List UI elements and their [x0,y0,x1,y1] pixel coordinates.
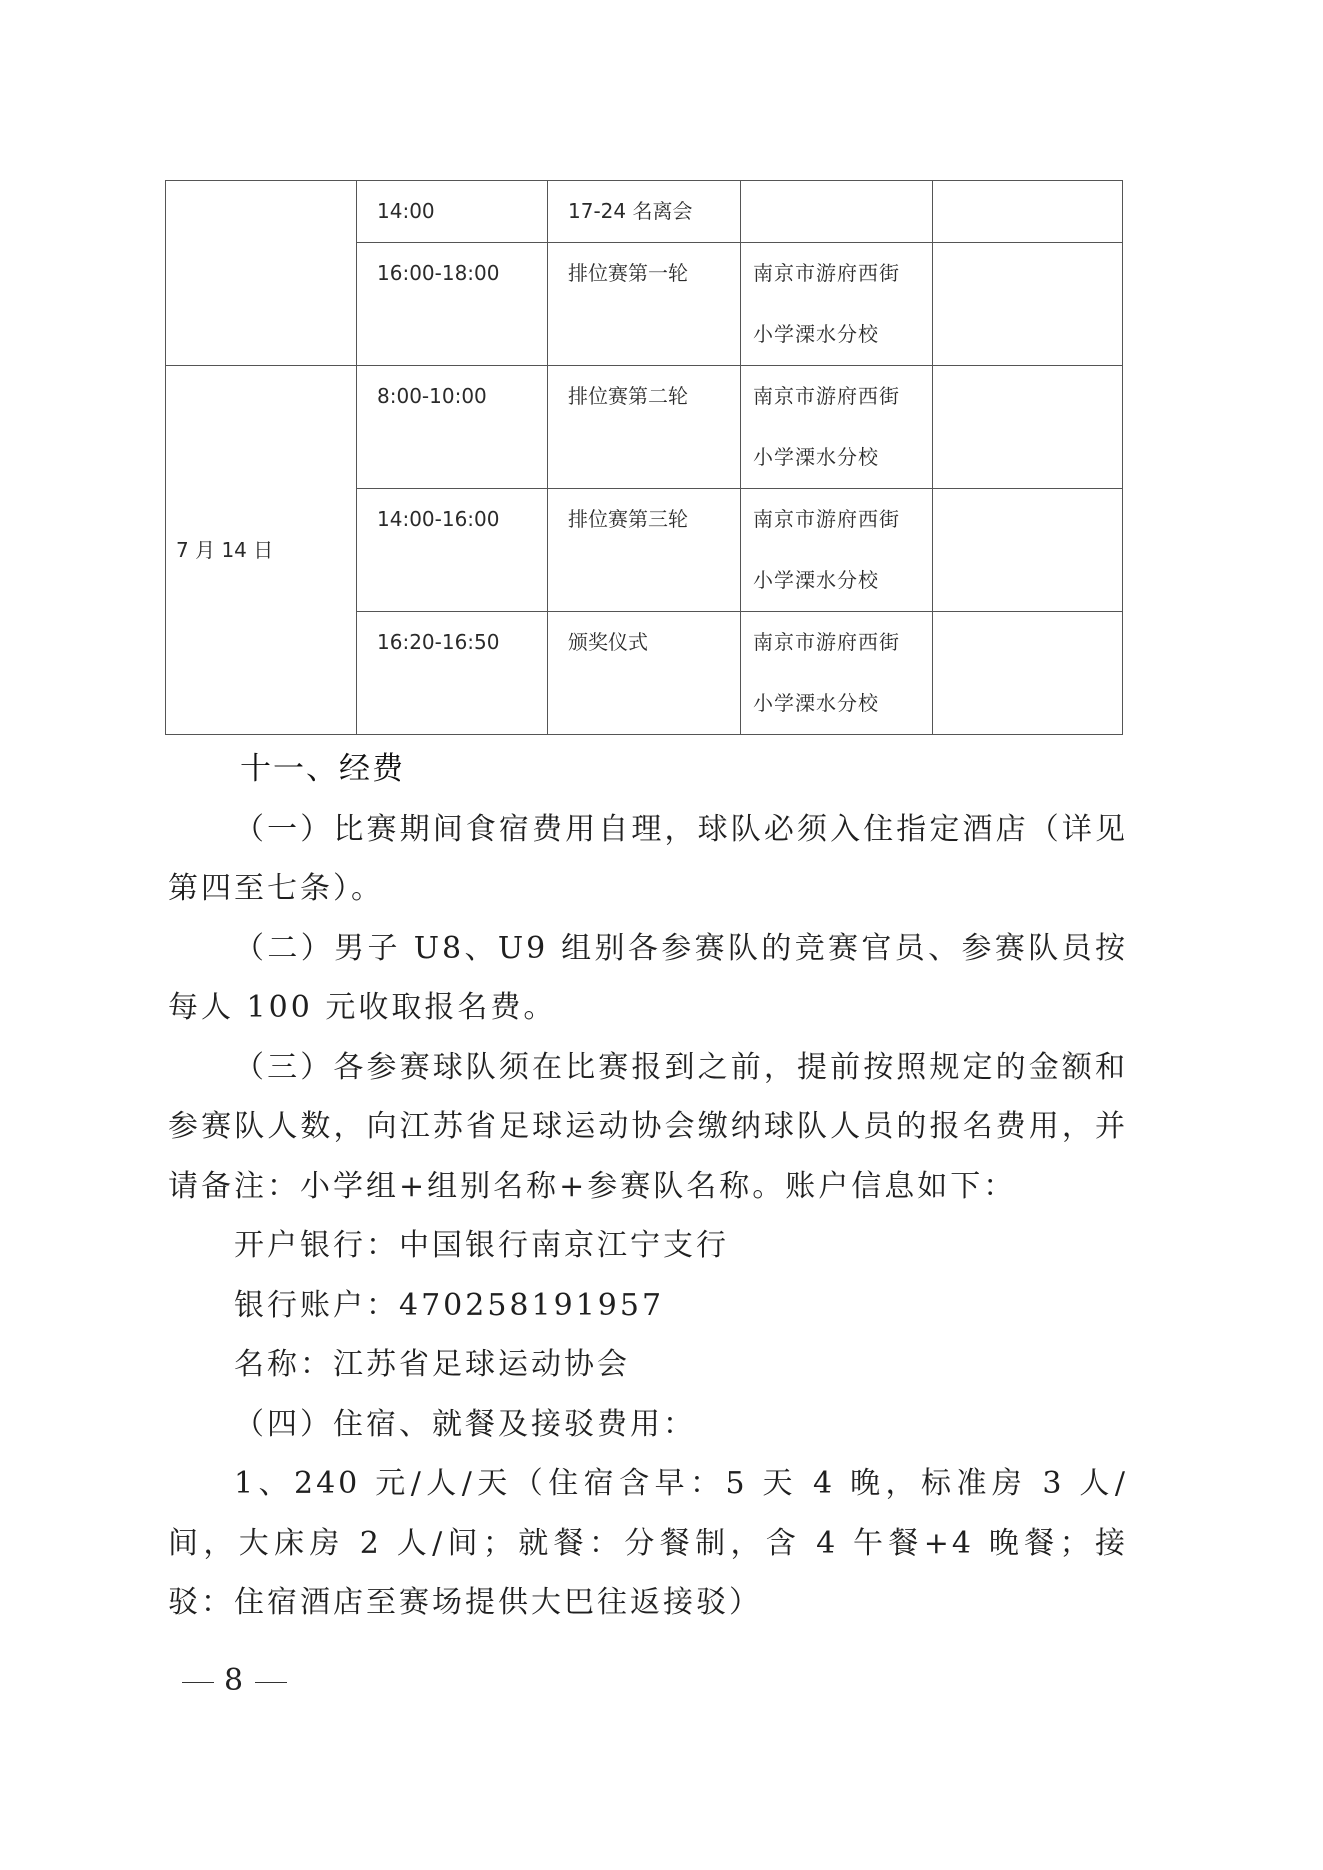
venue-cell: 南京市游府西街 小学溧水分校 [741,612,933,735]
time-cell: 16:20-16:50 [357,612,548,735]
venue-cell: 南京市游府西街 小学溧水分校 [741,489,933,612]
table-row: 14:00 17-24 名离会 [166,181,1123,243]
time-cell: 14:00-16:00 [357,489,548,612]
time-cell: 16:00-18:00 [357,243,548,366]
venue-line-2: 小学溧水分校 [753,673,932,734]
bank-account: 银行账户：470258191957 [168,1276,1128,1336]
event-cell: 17-24 名离会 [548,181,741,243]
note-cell [933,366,1123,489]
event-cell: 排位赛第一轮 [548,243,741,366]
section-body: 十一、经费 （一）比赛期间食宿费用自理，球队必须入住指定酒店（详见第四至七条）。… [168,740,1128,1633]
venue-line-1: 南京市游府西街 [753,612,932,673]
venue-line-2: 小学溧水分校 [753,550,932,611]
venue-cell [741,181,933,243]
paragraph-5: 1、240 元/人/天（住宿含早：5 天 4 晚，标准房 3 人/间，大床房 2… [168,1454,1128,1633]
venue-cell: 南京市游府西街 小学溧水分校 [741,243,933,366]
note-cell [933,612,1123,735]
venue-line-2: 小学溧水分校 [753,304,932,365]
schedule-table: 14:00 17-24 名离会 16:00-18:00 排位赛第一轮 南京市游府… [165,180,1123,735]
note-cell [933,243,1123,366]
dash-right [255,1682,287,1683]
venue-line-1: 南京市游府西街 [753,243,932,304]
document-page: 14:00 17-24 名离会 16:00-18:00 排位赛第一轮 南京市游府… [0,0,1323,1870]
venue-line-2: 小学溧水分校 [753,427,932,488]
dash-left [182,1682,214,1683]
note-cell [933,489,1123,612]
paragraph-1: （一）比赛期间食宿费用自理，球队必须入住指定酒店（详见第四至七条）。 [168,800,1128,919]
event-cell: 颁奖仪式 [548,612,741,735]
page-number-value: 8 [224,1663,245,1698]
paragraph-3: （三）各参赛球队须在比赛报到之前，提前按照规定的金额和参赛队人数，向江苏省足球运… [168,1038,1128,1217]
venue-line-1: 南京市游府西街 [753,366,932,427]
paragraph-2: （二）男子 U8、U9 组别各参赛队的竞赛官员、参赛队员按每人 100 元收取报… [168,919,1128,1038]
table-row: 7 月 14 日 8:00-10:00 排位赛第二轮 南京市游府西街 小学溧水分… [166,366,1123,489]
page-number: 8 [172,1663,297,1698]
time-cell: 8:00-10:00 [357,366,548,489]
paragraph-4: （四）住宿、就餐及接驳费用： [168,1395,1128,1455]
venue-cell: 南京市游府西街 小学溧水分校 [741,366,933,489]
section-heading: 十一、经费 [168,740,1128,800]
event-cell: 排位赛第二轮 [548,366,741,489]
account-name: 名称：江苏省足球运动协会 [168,1335,1128,1395]
time-cell: 14:00 [357,181,548,243]
date-cell: 7 月 14 日 [166,366,357,735]
venue-line-1: 南京市游府西街 [753,489,932,550]
event-cell: 排位赛第三轮 [548,489,741,612]
note-cell [933,181,1123,243]
bank-name: 开户银行：中国银行南京江宁支行 [168,1216,1128,1276]
date-cell-empty [166,181,357,366]
